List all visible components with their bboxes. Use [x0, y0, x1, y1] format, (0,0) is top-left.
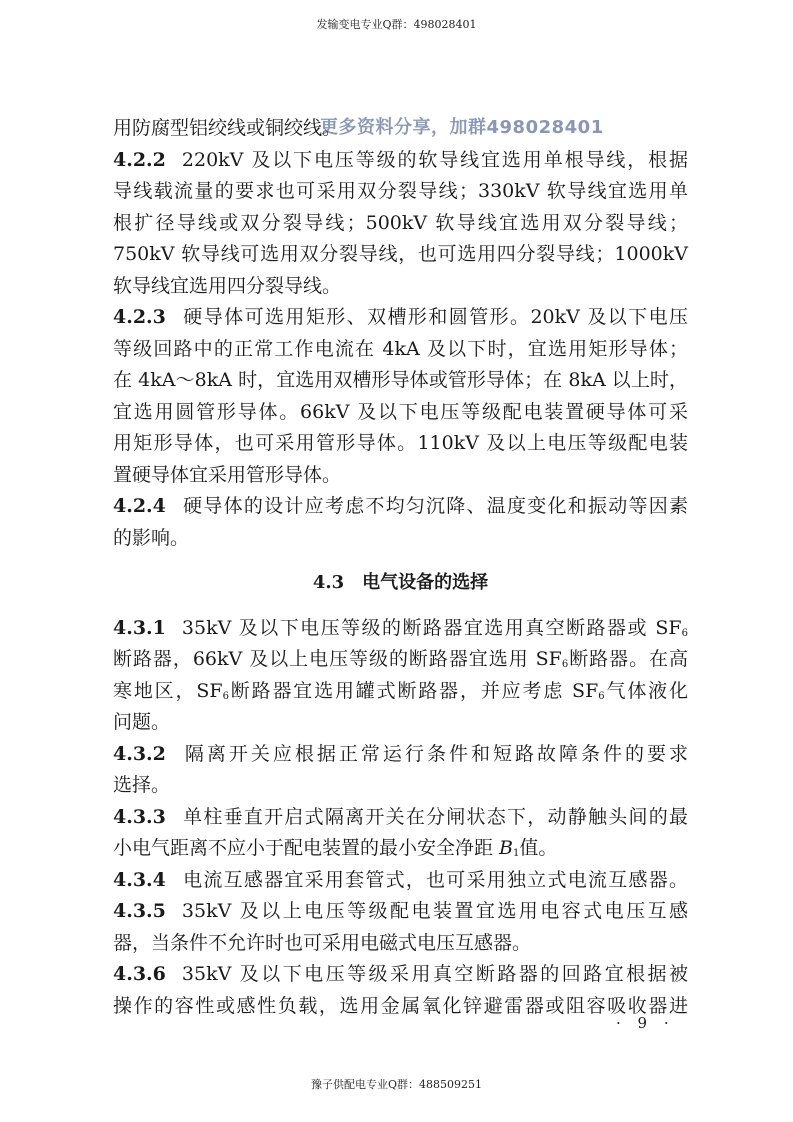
paragraph-line: 寒地区，SF6断路器宜选用罐式断路器，并应考虑 SF6气体液化	[113, 676, 688, 708]
paragraph-line: 750kV 软导线可选用双分裂导线，也可选用四分裂导线；1000kV	[113, 239, 688, 271]
clause-number: 4.3.6	[113, 963, 166, 985]
clause-4-3-1: 4.3.135kV 及以下电压等级的断路器宜选用真空断路器或 SF6	[113, 613, 688, 645]
paragraph-text: 单柱垂直开启式隔离开关在分闸状态下，动静触头间的最	[182, 806, 688, 828]
clause-4-2-3: 4.2.3硬导体可选用矩形、双槽形和圆管形。20kV 及以下电压	[113, 302, 688, 334]
paragraph-text: 小电气距离不应小于配电装置的最小安全净距	[113, 837, 499, 859]
footer-group-note: 豫子供配电专业Q群：488509251	[0, 1076, 793, 1092]
paragraph-line: 选择。	[113, 770, 688, 802]
paragraph-text: 值。	[519, 837, 557, 859]
clause-4-3-3: 4.3.3单柱垂直开启式隔离开关在分闸状态下，动静触头间的最	[113, 802, 688, 834]
clause-4-2-4: 4.2.4硬导体的设计应考虑不均匀沉降、温度变化和振动等因素	[113, 491, 688, 523]
clause-number: 4.2.2	[113, 149, 166, 171]
clause-number: 4.3.3	[113, 806, 166, 828]
document-body: 用防腐型铝绞线或铜绞线。 4.2.2220kV 及以下电压等级的软导线宜选用单根…	[113, 113, 688, 1022]
paragraph-line: 导线载流量的要求也可采用双分裂导线；330kV 软导线宜选用单	[113, 176, 688, 208]
section-number: 4.3	[313, 572, 344, 593]
paragraph-line: 问题。	[113, 707, 688, 739]
paragraph-text: 35kV 及以上电压等级配电装置宜选用电容式电压互感	[182, 900, 688, 922]
paragraph-line: 等级回路中的正常工作电流在 4kA 及以下时，宜选用矩形导体；	[113, 334, 688, 366]
paragraph-text: 断路器。在高	[568, 648, 688, 670]
paragraph-line: 根扩径导线或双分裂导线；500kV 软导线宜选用双分裂导线；	[113, 208, 688, 240]
paragraph-line: 断路器，66kV 及以上电压等级的断路器宜选用 SF6断路器。在高	[113, 644, 688, 676]
clause-4-2-2: 4.2.2220kV 及以下电压等级的软导线宜选用单根导线，根据	[113, 145, 688, 177]
paragraph-text: 气体液化	[605, 680, 688, 702]
paragraph-text: 断路器，66kV 及以上电压等级的断路器宜选用 SF	[113, 648, 562, 670]
paragraph-text: 硬导体的设计应考虑不均匀沉降、温度变化和振动等因素	[182, 495, 688, 517]
clause-number: 4.2.4	[113, 495, 166, 517]
header-group-note: 发输变电专业Q群：498028401	[0, 16, 793, 32]
clause-number: 4.2.3	[113, 306, 166, 328]
paragraph-line: 的影响。	[113, 523, 688, 555]
paragraph-line: 用矩形导体，也可采用管形导体。110kV 及以上电压等级配电装	[113, 428, 688, 460]
paragraph-line: 软导线宜选用四分裂导线。	[113, 271, 688, 303]
section-title: 电气设备的选择	[362, 572, 488, 593]
clause-4-3-2: 4.3.2隔离开关应根据正常运行条件和短路故障条件的要求	[113, 739, 688, 771]
paragraph-line: 在 4kA～8kA 时，宜选用双槽形导体或管形导体；在 8kA 以上时，	[113, 365, 688, 397]
variable: B	[499, 837, 513, 859]
paragraph-line: 操作的容性或感性负载，选用金属氧化锌避雷器或阻容吸收器进	[113, 991, 688, 1023]
paragraph-text: 电流互感器宜采用套管式，也可采用独立式电流互感器。	[182, 869, 688, 891]
paragraph-text: 寒地区，SF	[113, 680, 223, 702]
paragraph-text: 隔离开关应根据正常运行条件和短路故障条件的要求	[182, 743, 688, 765]
paragraph-line: 小电气距离不应小于配电装置的最小安全净距 B1值。	[113, 833, 688, 865]
paragraph-line: 置硬导体宜采用管形导体。	[113, 460, 688, 492]
paragraph-line: 器，当条件不允许时也可采用电磁式电压互感器。	[113, 928, 688, 960]
paragraph-text: 35kV 及以下电压等级的断路器宜选用真空断路器或 SF	[182, 617, 682, 639]
clause-number: 4.3.2	[113, 743, 166, 765]
paragraph-line: 用防腐型铝绞线或铜绞线。	[113, 113, 688, 145]
paragraph-text: 35kV 及以下电压等级采用真空断路器的回路宜根据被	[182, 963, 688, 985]
clause-4-3-5: 4.3.535kV 及以上电压等级配电装置宜选用电容式电压互感	[113, 896, 688, 928]
paragraph-text: 硬导体可选用矩形、双槽形和圆管形。20kV 及以下电压	[182, 306, 688, 328]
clause-number: 4.3.1	[113, 617, 166, 639]
clause-4-3-6: 4.3.635kV 及以下电压等级采用真空断路器的回路宜根据被	[113, 959, 688, 991]
subscript: 6	[682, 628, 688, 639]
clause-number: 4.3.5	[113, 900, 166, 922]
section-heading: 4.3电气设备的选择	[113, 567, 688, 599]
paragraph-text: 220kV 及以下电压等级的软导线宜选用单根导线，根据	[182, 149, 688, 171]
paragraph-line: 宜选用圆管形导体。66kV 及以下电压等级配电装置硬导体可采	[113, 397, 688, 429]
clause-number: 4.3.4	[113, 869, 166, 891]
page-number: · 9 ·	[616, 1014, 675, 1032]
clause-4-3-4: 4.3.4电流互感器宜采用套管式，也可采用独立式电流互感器。	[113, 865, 688, 897]
paragraph-text: 断路器宜选用罐式断路器，并应考虑 SF	[229, 680, 598, 702]
